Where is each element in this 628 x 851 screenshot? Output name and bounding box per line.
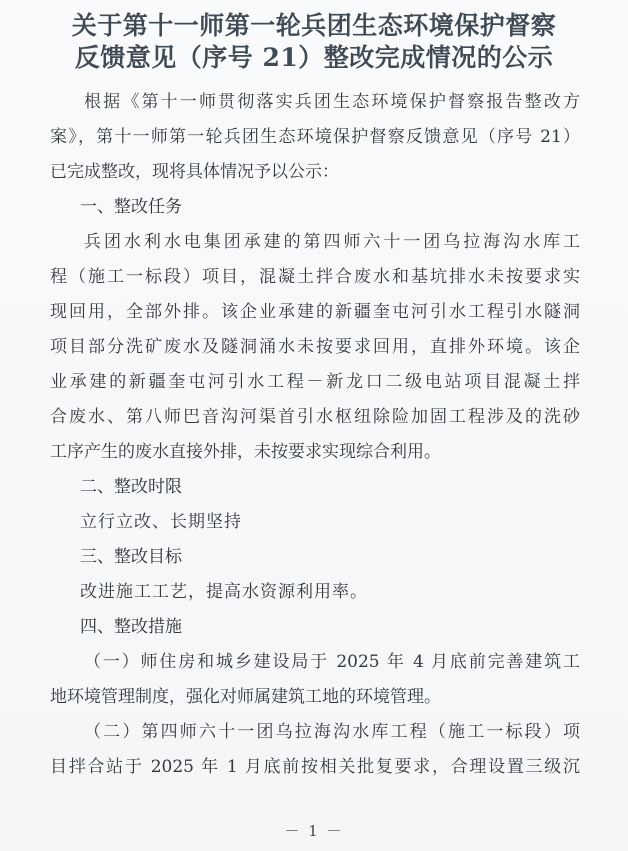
paragraph-line: 现回用，全部外排。该企业承建的新疆奎屯河引水工程引水隧洞: [50, 301, 580, 323]
paragraph-line: 业承建的新疆奎屯河引水工程－新龙口二级电站项目混凝土拌: [50, 371, 580, 393]
section-heading-1: 一、整改任务: [80, 196, 182, 218]
paragraph-line: 工序产生的废水直接外排，未按要求实现综合利用。: [50, 441, 580, 463]
document-page: 关于第十一师第一轮兵团生态环境保护督察 反馈意见（序号 21）整改完成情况的公示…: [0, 0, 628, 851]
document-title-line-2: 反馈意见（序号 21）整改完成情况的公示: [0, 38, 628, 74]
paragraph-line: 兵团水利水电集团承建的第四师六十一团乌拉海沟水库工: [84, 231, 580, 253]
section-heading-4: 四、整改措施: [80, 616, 182, 638]
paragraph-line: 改进施工工艺，提高水资源利用率。: [80, 581, 368, 603]
intro-line-2: 案》，第十一师第一轮兵团生态环境保护督察反馈意见（序号 21）: [50, 126, 580, 148]
paragraph-line: 项目部分洗矿废水及隧洞涌水未按要求回用，直排外环境。该企: [50, 336, 580, 358]
document-title-line-1: 关于第十一师第一轮兵团生态环境保护督察: [0, 6, 628, 42]
intro-line-1: 根据《第十一师贯彻落实兵团生态环境保护督察报告整改方: [84, 91, 580, 113]
paragraph-line: 程（施工一标段）项目，混凝土拌合废水和基坑排水未按要求实: [50, 266, 580, 288]
section-heading-2: 二、整改时限: [80, 476, 182, 498]
section-heading-3: 三、整改目标: [80, 546, 182, 568]
paragraph-line: 立行立改、长期坚持: [80, 511, 242, 533]
page-number: － 1 －: [0, 820, 628, 841]
paragraph-line: 地环境管理制度，强化对师属建筑工地的环境管理。: [50, 686, 580, 708]
paragraph-line: （一）师住房和城乡建设局于 2025 年 4 月底前完善建筑工: [84, 651, 580, 673]
paragraph-line: 合废水、第八师巴音沟河渠首引水枢纽除险加固工程涉及的洗砂: [50, 406, 580, 428]
paragraph-line: 目拌合站于 2025 年 1 月底前按相关批复要求，合理设置三级沉: [50, 756, 580, 778]
paragraph-line: （二）第四师六十一团乌拉海沟水库工程（施工一标段）项: [84, 721, 580, 743]
intro-line-3: 已完成整改，现将具体情况予以公示：: [50, 161, 580, 183]
